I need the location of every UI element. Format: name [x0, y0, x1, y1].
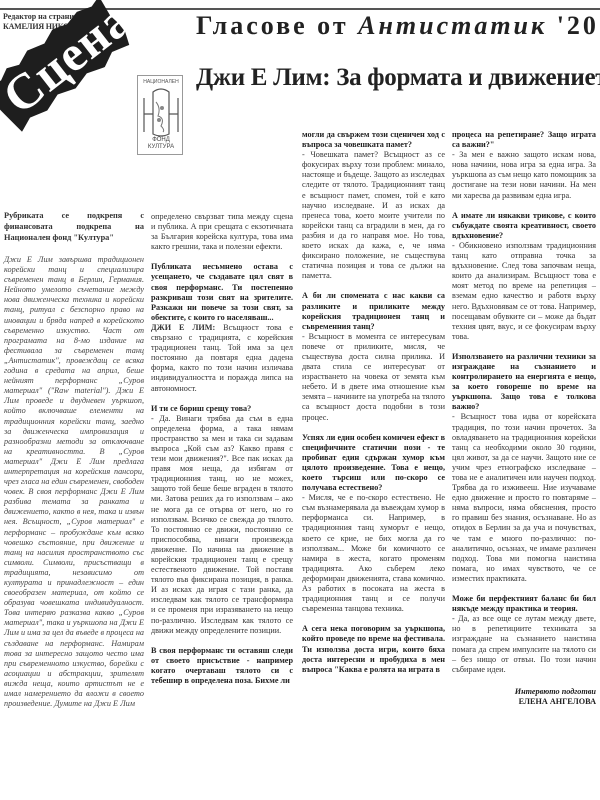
- series-title: Гласове от Антистатик '2013: [196, 11, 600, 41]
- interview-answer: - За мен е важно защото искам нова, нова…: [452, 150, 596, 200]
- interview-question: процеса на репетиране? Защо играта са ва…: [452, 130, 596, 150]
- column-1: Рубриката се подкрепя с финансовата подк…: [4, 210, 144, 709]
- sponsor-note: Рубриката се подкрепя с финансовата подк…: [4, 210, 144, 243]
- interview-answer: - Обикновено използвам традиционния танц…: [452, 241, 596, 342]
- interview-question: Може би перфектният баланс би бил някъде…: [452, 594, 596, 614]
- paragraph: определено свързват типа между сцена и п…: [151, 212, 293, 252]
- column-4: процеса на репетиране? Защо играта са ва…: [452, 130, 596, 707]
- interviewer-name: ЕЛЕНА АНГЕЛОВА: [452, 697, 596, 707]
- article-lead: Джи Е Лим завършва традиционен корейски …: [4, 255, 144, 709]
- interview-question: А би ли спомената с нас какви са разлики…: [302, 291, 445, 331]
- column-3: могли да свържем този сценичен ход с въп…: [302, 130, 445, 675]
- interview-question: Използването на различни техники за изгр…: [452, 352, 596, 413]
- interview-question: А сега нека поговорим за уъркшопа, който…: [302, 624, 445, 674]
- interview-answer: - Всъщност това идва от корейската тради…: [452, 412, 596, 584]
- interview-question: И ти се бориш срещу това?: [151, 404, 293, 414]
- article-title: Джи Е Лим: За формата и движението: [196, 64, 600, 92]
- interview-question: В своя перформанс ти оставяш следи от св…: [151, 646, 293, 686]
- interview-question: Публиката несъмнено остава с усещането, …: [151, 262, 293, 323]
- interviewee-name: ДЖИ Е ЛИМ:: [151, 323, 215, 332]
- logo-emblem-icon: [141, 88, 181, 138]
- interview-answer: ДЖИ Е ЛИМ: Всъщност това е свързано с тр…: [151, 323, 293, 394]
- interview-answer: - Мисля, че е по-скоро естествено. Не съ…: [302, 493, 445, 614]
- interview-signature: Интервюто подготви ЕЛЕНА АНГЕЛОВА: [452, 687, 596, 707]
- interview-question: могли да свържем този сценичен ход с въп…: [302, 130, 445, 150]
- interview-question: А имате ли някакви трикове, с които събу…: [452, 211, 596, 241]
- logo-top-text: НАЦИОНАЛЕН: [140, 79, 182, 85]
- interview-question: Успях ли един особен комичен ефект в спе…: [302, 433, 445, 494]
- interview-answer: - Да. Винаги трябва да съм в една опреде…: [151, 414, 293, 636]
- logo-bottom-text: ФОНД КУЛТУРА: [140, 137, 182, 151]
- column-2: определено свързват типа между сцена и п…: [151, 212, 293, 686]
- interview-answer: - Всъщност в момента се интересувам пове…: [302, 332, 445, 423]
- national-culture-fund-logo: НАЦИОНАЛЕН ФОНД КУЛТУРА: [137, 75, 183, 155]
- interview-answer: - Човешката памет? Всъщност аз се фокуси…: [302, 150, 445, 281]
- interview-answer: - Да, аз все още се лутам между двете, н…: [452, 614, 596, 675]
- interview-by-label: Интервюто подготви: [452, 687, 596, 697]
